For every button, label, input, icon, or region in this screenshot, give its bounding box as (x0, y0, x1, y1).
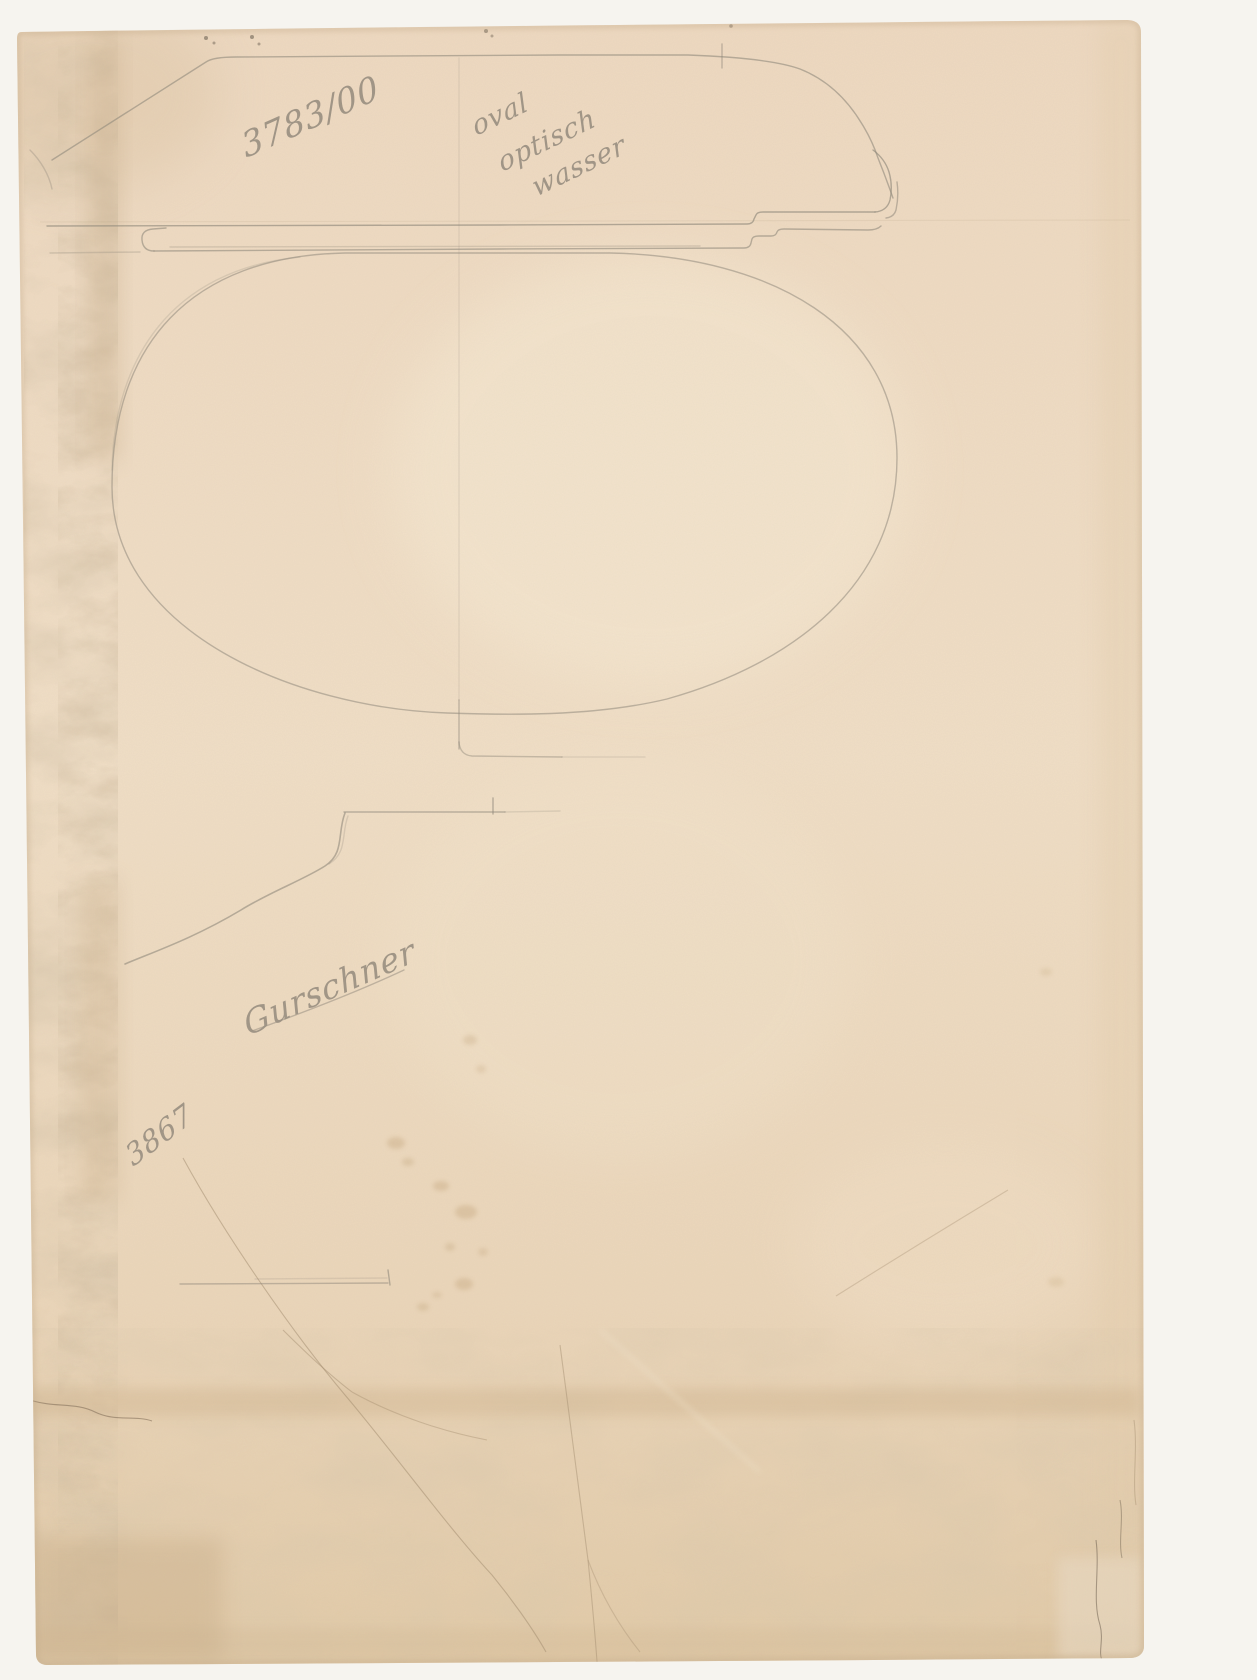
scan-stage: 3783/00 oval optisch wasser Gurschner 38… (0, 0, 1257, 1680)
paper-grain (17, 19, 1145, 1666)
scanned-drawing-sheet: 3783/00 oval optisch wasser Gurschner 38… (0, 0, 1257, 1680)
